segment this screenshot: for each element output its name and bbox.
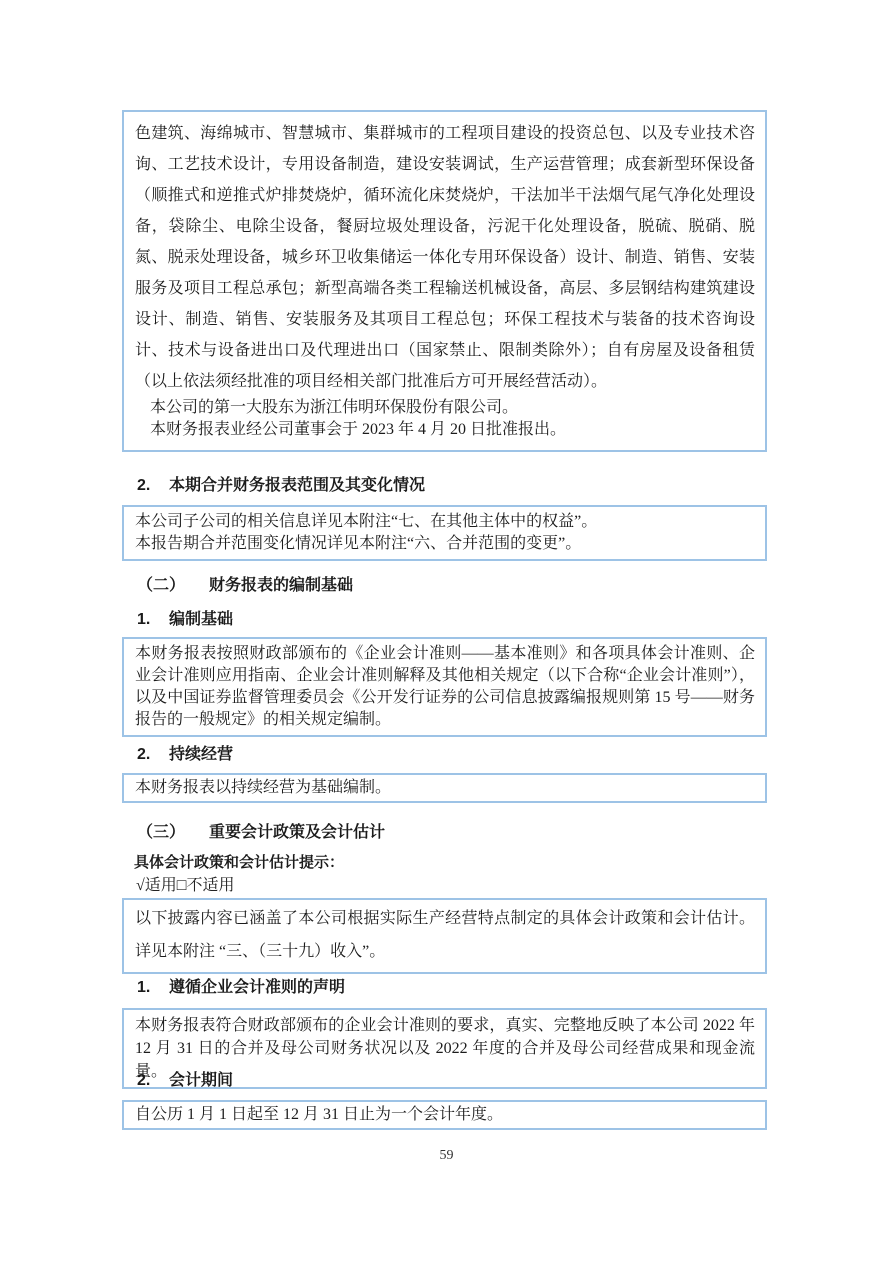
policy-disclosure-text: 以下披露内容已涵盖了本公司根据实际生产经营特点制定的具体会计政策和会计估计。详见… [135,902,755,968]
section-title: 财务报表的编制基础 [209,577,353,594]
scope-change-line: 本报告期合并范围变化情况详见本附注“六、合并范围的变更”。 [135,533,755,555]
accounting-period-text: 自公历 1 月 1 日起至 12 月 31 日止为一个会计年度。 [135,1104,755,1126]
report-approval-line: 本财务报表业经公司董事会于 2023 年 4 月 20 日批准报出。 [135,419,755,441]
section-number: 2. [137,476,155,496]
consolidation-scope-box: 本公司子公司的相关信息详见本附注“七、在其他主体中的权益”。 本报告期合并范围变… [122,505,767,561]
subsection-number: 2. [137,745,155,765]
subsection-heading-basis: 1.编制基础 [137,610,782,630]
document-page: 色建筑、海绵城市、智慧城市、集群城市的工程项目建设的投资总包、以及专业技术咨询、… [0,0,893,1262]
major-shareholder-line: 本公司的第一大股东为浙江伟明环保股份有限公司。 [135,397,755,419]
subsidiary-info-line: 本公司子公司的相关信息详见本附注“七、在其他主体中的权益”。 [135,511,755,533]
going-concern-text: 本财务报表以持续经营为基础编制。 [135,777,755,799]
subsection-number: 2. [137,1071,155,1091]
section-heading-preparation-basis: （二）财务报表的编制基础 [137,576,782,596]
subsection-heading-accounting-period: 2.会计期间 [137,1071,782,1091]
subsection-title: 会计期间 [169,1072,233,1089]
accounting-period-box: 自公历 1 月 1 日起至 12 月 31 日止为一个会计年度。 [122,1100,767,1130]
section-heading-consolidation-scope: 2.本期合并财务报表范围及其变化情况 [137,476,782,496]
subsection-heading-going-concern: 2.持续经营 [137,745,782,765]
applicability-checkline: √适用□不适用 [136,876,781,896]
preparation-basis-text: 本财务报表按照财政部颁布的《企业会计准则——基本准则》和各项具体会计准则、企业会… [135,643,755,731]
subsection-title: 编制基础 [169,611,233,628]
subsection-number: 1. [137,978,155,998]
going-concern-box: 本财务报表以持续经营为基础编制。 [122,773,767,803]
section-heading-accounting-policies: （三）重要会计政策及会计估计 [137,823,782,843]
business-scope-paragraph: 色建筑、海绵城市、智慧城市、集群城市的工程项目建设的投资总包、以及专业技术咨询、… [135,118,755,397]
subsection-title: 持续经营 [169,746,233,763]
preparation-basis-box: 本财务报表按照财政部颁布的《企业会计准则——基本准则》和各项具体会计准则、企业会… [122,637,767,737]
policy-disclosure-box: 以下披露内容已涵盖了本公司根据实际生产经营特点制定的具体会计政策和会计估计。详见… [122,898,767,974]
policy-hint-label: 具体会计政策和会计估计提示： [134,853,779,872]
section-title: 重要会计政策及会计估计 [209,824,385,841]
business-scope-box: 色建筑、海绵城市、智慧城市、集群城市的工程项目建设的投资总包、以及专业技术咨询、… [122,110,767,452]
subsection-heading-compliance: 1.遵循企业会计准则的声明 [137,978,782,998]
section-number: （二） [137,576,185,596]
section-number: （三） [137,823,185,843]
subsection-title: 遵循企业会计准则的声明 [169,979,345,996]
section-title: 本期合并财务报表范围及其变化情况 [169,477,425,494]
subsection-number: 1. [137,610,155,630]
page-number: 59 [0,1148,893,1164]
